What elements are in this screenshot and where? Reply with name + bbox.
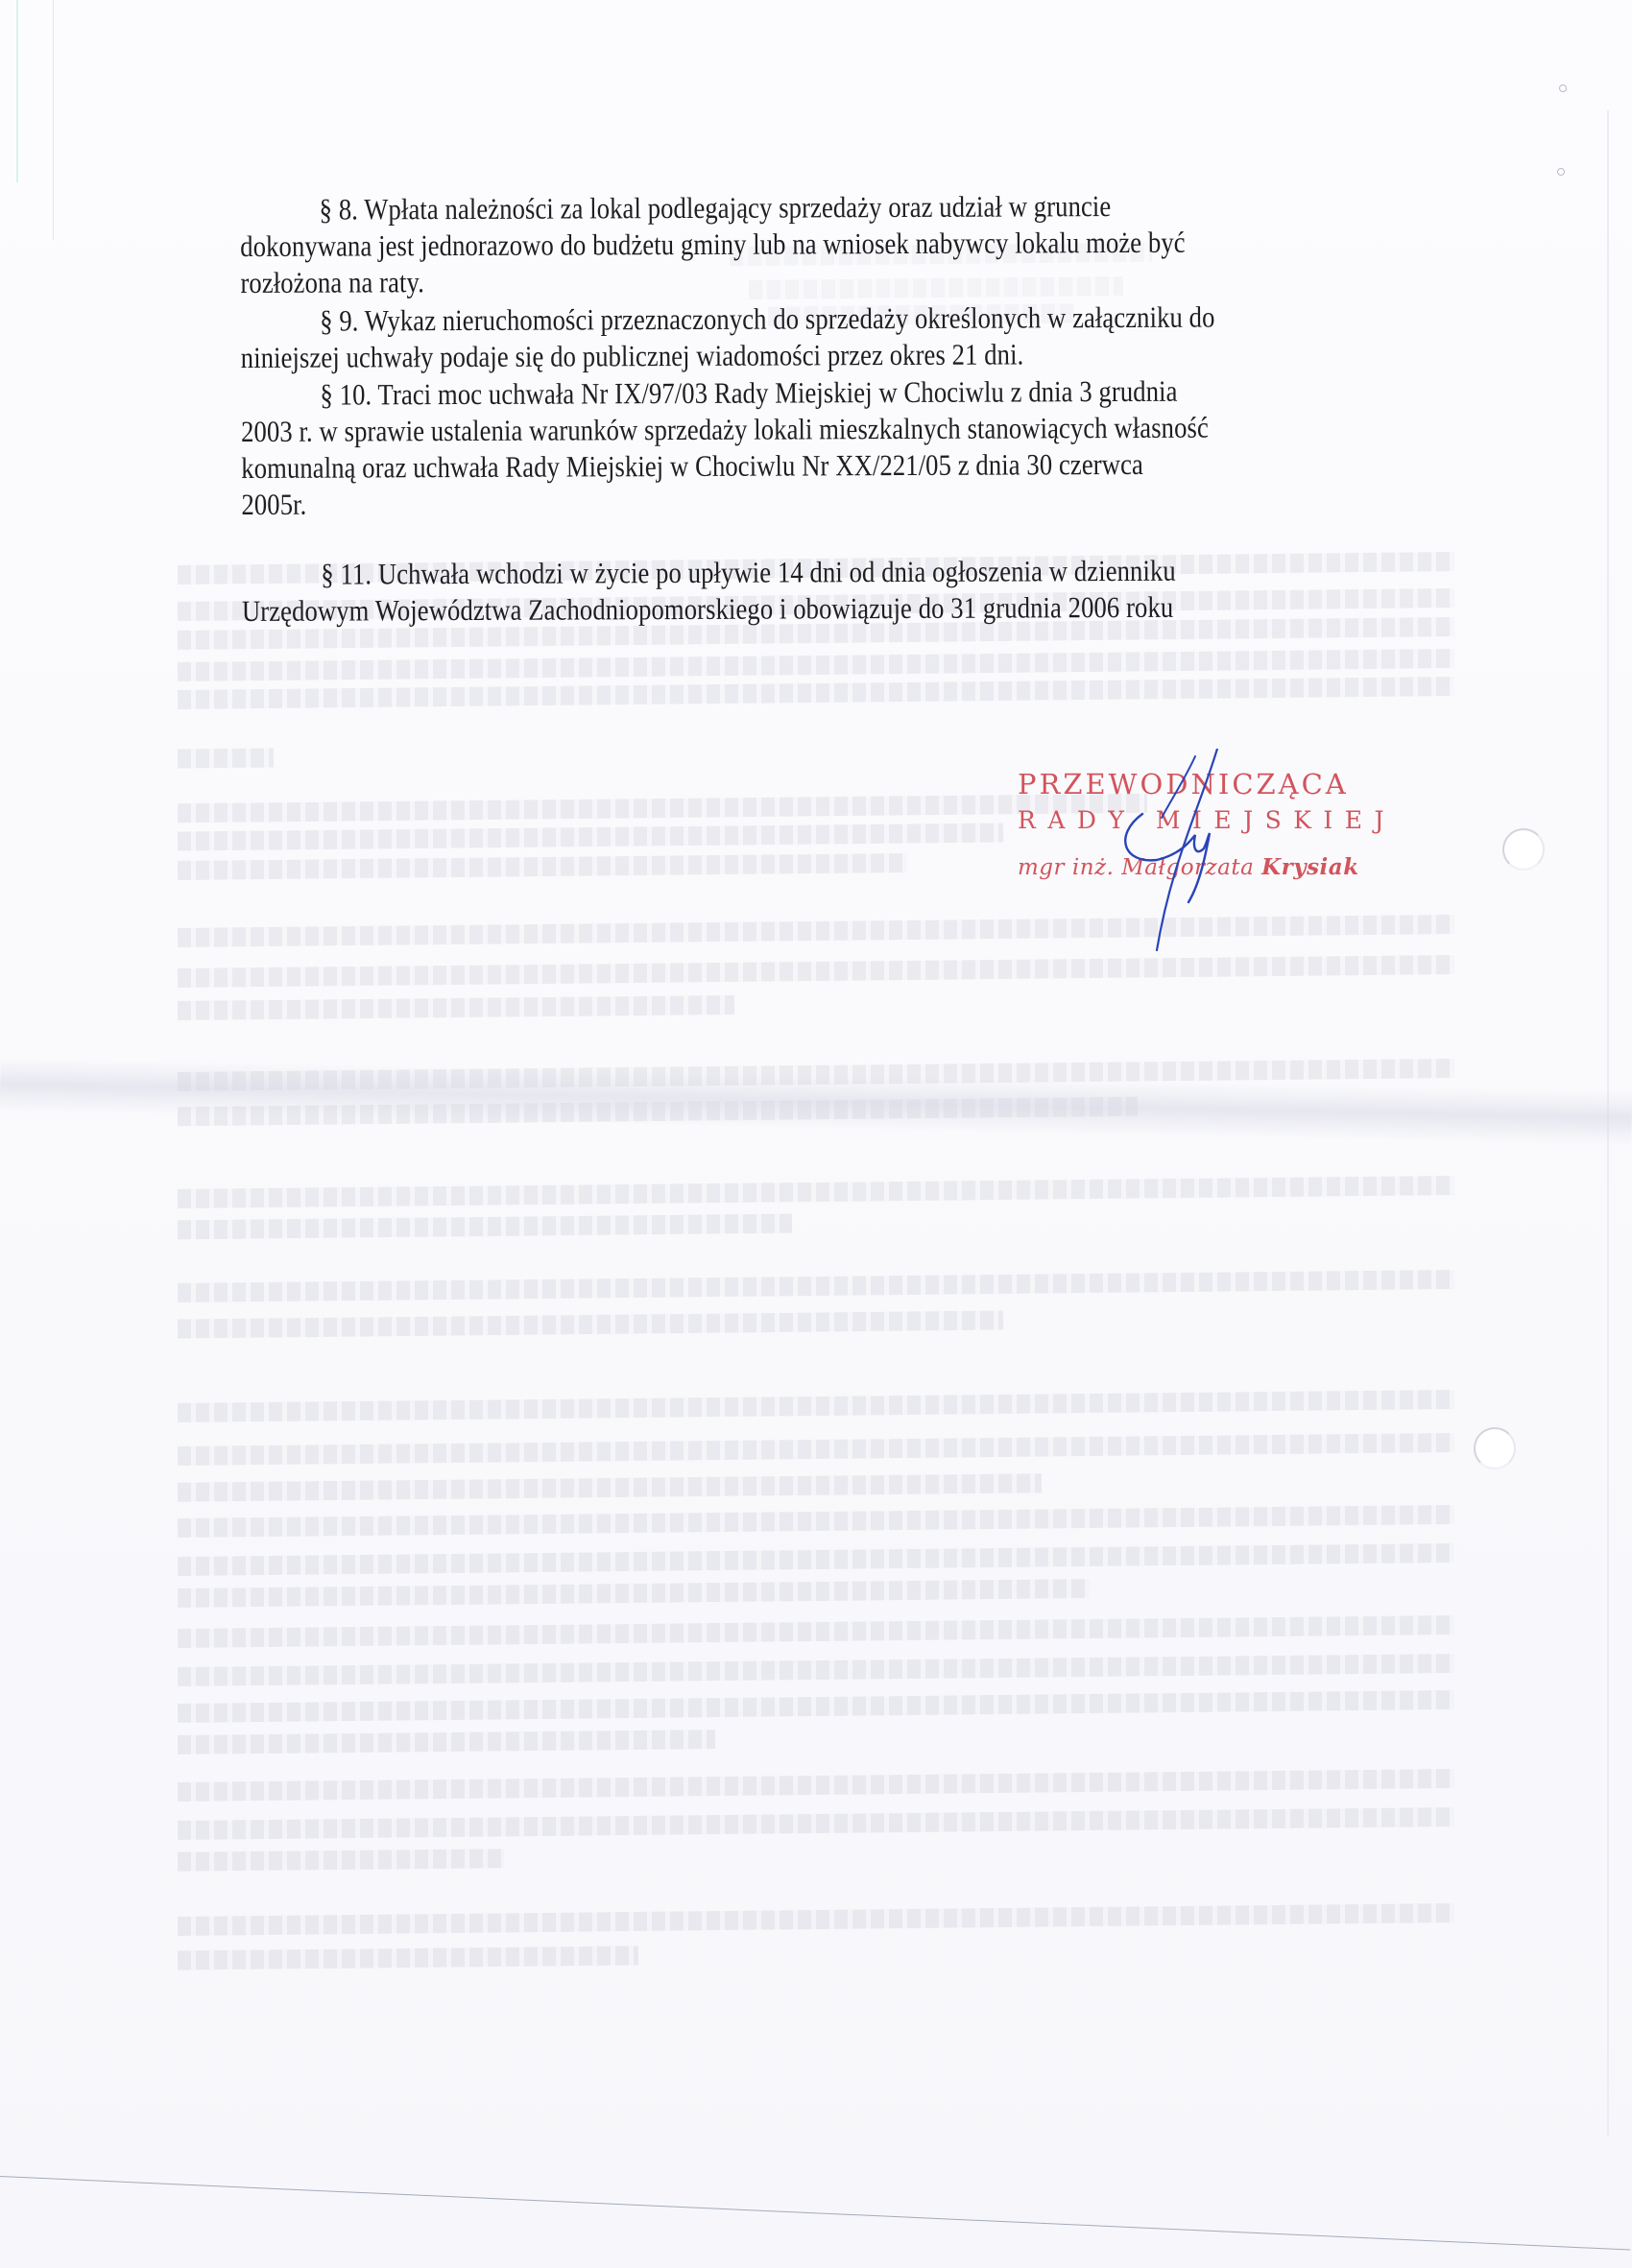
paragraph-line: § 8. Wpłata należności za lokal podlegaj… (320, 189, 1112, 227)
paragraph-line: dokonywana jest jednorazowo do budżetu g… (240, 224, 1282, 265)
paragraph-line: Urzędowym Województwa Zachodniopomorskie… (242, 588, 1284, 630)
resolution-text: § 8. Wpłata należności za lokal podlegaj… (240, 187, 1284, 630)
paragraph-10: § 10. Traci moc uchwała Nr IX/97/03 Rady… (241, 372, 1284, 523)
paragraph-9: § 9. Wykaz nieruchomości przeznaczonych … (241, 298, 1284, 376)
scan-edge-left (16, 0, 18, 182)
scan-edge-bottom (0, 2176, 1630, 2251)
paragraph-line: 2005r. (241, 482, 1283, 523)
paragraph-line: niniejszej uchwały podaje się do publicz… (241, 335, 1283, 376)
punch-hole (1502, 828, 1545, 871)
paragraph-8: § 8. Wpłata należności za lokal podlegaj… (240, 187, 1283, 301)
paragraph-line: § 11. Uchwała wchodzi w życie po upływie… (321, 554, 1176, 591)
paragraph-line: 2003 r. w sprawie ustalenia warunków spr… (241, 409, 1283, 450)
paragraph-line: § 10. Traci moc uchwała Nr IX/97/03 Rady… (320, 374, 1177, 412)
handwritten-signature (1104, 749, 1258, 960)
stamp-surname: Krysiak (1261, 854, 1359, 880)
paragraph-line: § 9. Wykaz nieruchomości przeznaczonych … (320, 300, 1214, 338)
scan-speck (1559, 84, 1567, 92)
paragraph-11: § 11. Uchwała wchodzi w życie po upływie… (242, 552, 1284, 630)
paragraph-line: komunalną oraz uchwała Rady Miejskiej w … (241, 445, 1283, 487)
scan-speck (1557, 168, 1565, 176)
scan-edge-left-secondary (53, 0, 54, 240)
punch-hole (1474, 1427, 1516, 1469)
paragraph-line: rozłożona na raty. (240, 260, 1282, 301)
